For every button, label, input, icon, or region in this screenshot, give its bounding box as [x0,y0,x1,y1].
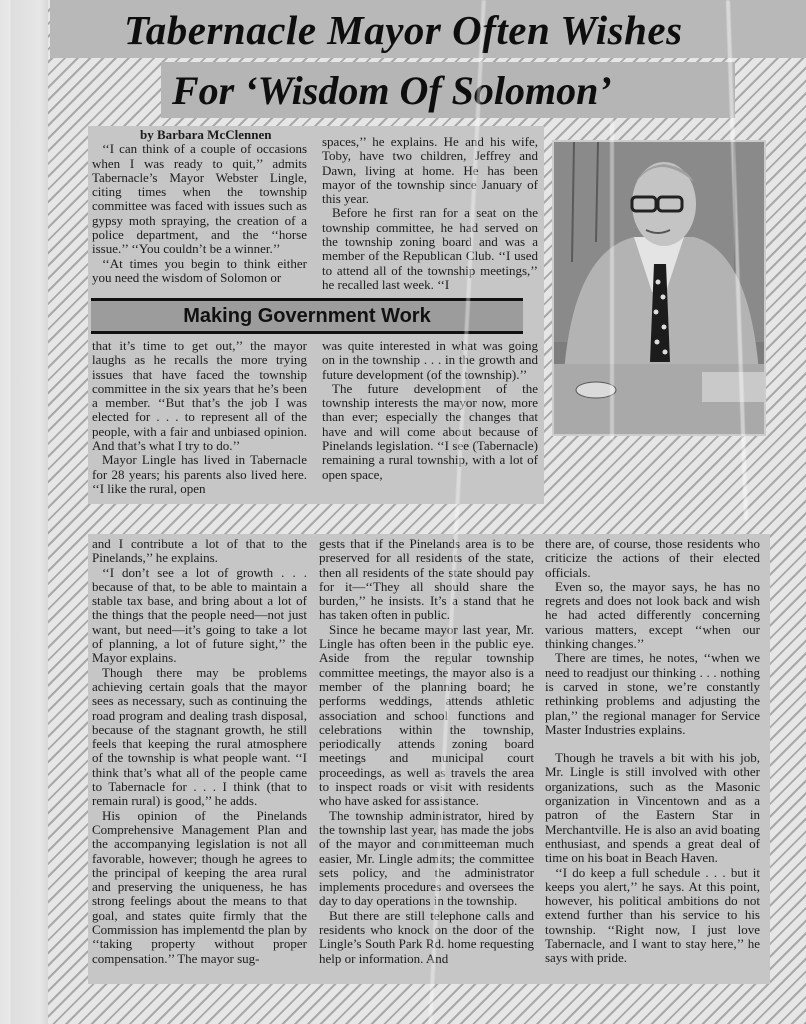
mid-column-2: was quite interested in what was going o… [322,339,538,482]
section-banner-title: Making Government Work [183,305,430,328]
paragraph: ‘‘I don’t see a lot of growth . . . beca… [92,566,307,666]
paragraph: The future development of the township i… [322,382,538,482]
byline: by Barbara McClennen [92,128,307,142]
bottom-column-1: and I contribute a lot of that to the Pi… [92,537,307,966]
paragraph: was quite interested in what was going o… [322,339,538,382]
paragraph: ‘‘At times you begin to think either you… [92,257,307,286]
paragraph: ‘‘I can think of a couple of occasions w… [92,142,307,256]
paragraph: that it’s time to get out,’’ the mayor l… [92,339,307,453]
paragraph: Though there may be problems achieving c… [92,666,307,809]
bottom-column-2: gests that if the Pinelands area is to b… [319,537,534,966]
paragraph: But there are still telephone calls and … [319,909,534,966]
top-column-2: spaces,’’ he explains. He and his wife, … [322,135,538,292]
paragraph: ‘‘I do keep a full schedule . . . but it… [545,866,760,966]
paragraph: spaces,’’ he explains. He and his wife, … [322,135,538,206]
paragraph: His opinion of the Pinelands Comprehensi… [92,809,307,966]
bottom-column-3: there are, of course, those residents wh… [545,537,760,966]
paragraph: Before he first ran for a seat on the to… [322,206,538,292]
headline-line-2: For ‘Wisdom Of Solomon’ [172,67,612,114]
paragraph: Even so, the mayor says, he has no regre… [545,580,760,651]
paragraph: There are times, he notes, ‘‘when we nee… [545,651,760,737]
section-banner: Making Government Work [91,298,523,334]
paragraph: The township administrator, hired by the… [319,809,534,909]
top-column-1: by Barbara McClennen ‘‘I can think of a … [92,128,307,285]
page-margin [0,0,48,1024]
glare-streak [610,120,614,440]
mid-column-1: that it’s time to get out,’’ the mayor l… [92,339,307,496]
paragraph: and I contribute a lot of that to the Pi… [92,537,307,566]
paragraph: Mayor Lingle has lived in Tabernacle for… [92,453,307,496]
paragraph: gests that if the Pinelands area is to b… [319,537,534,623]
paragraph: Since he became mayor last year, Mr. Lin… [319,623,534,809]
paragraph: there are, of course, those residents wh… [545,537,760,580]
paragraph: Though he travels a bit with his job, Mr… [545,751,760,865]
headline-line-1: Tabernacle Mayor Often Wishes [124,6,683,54]
